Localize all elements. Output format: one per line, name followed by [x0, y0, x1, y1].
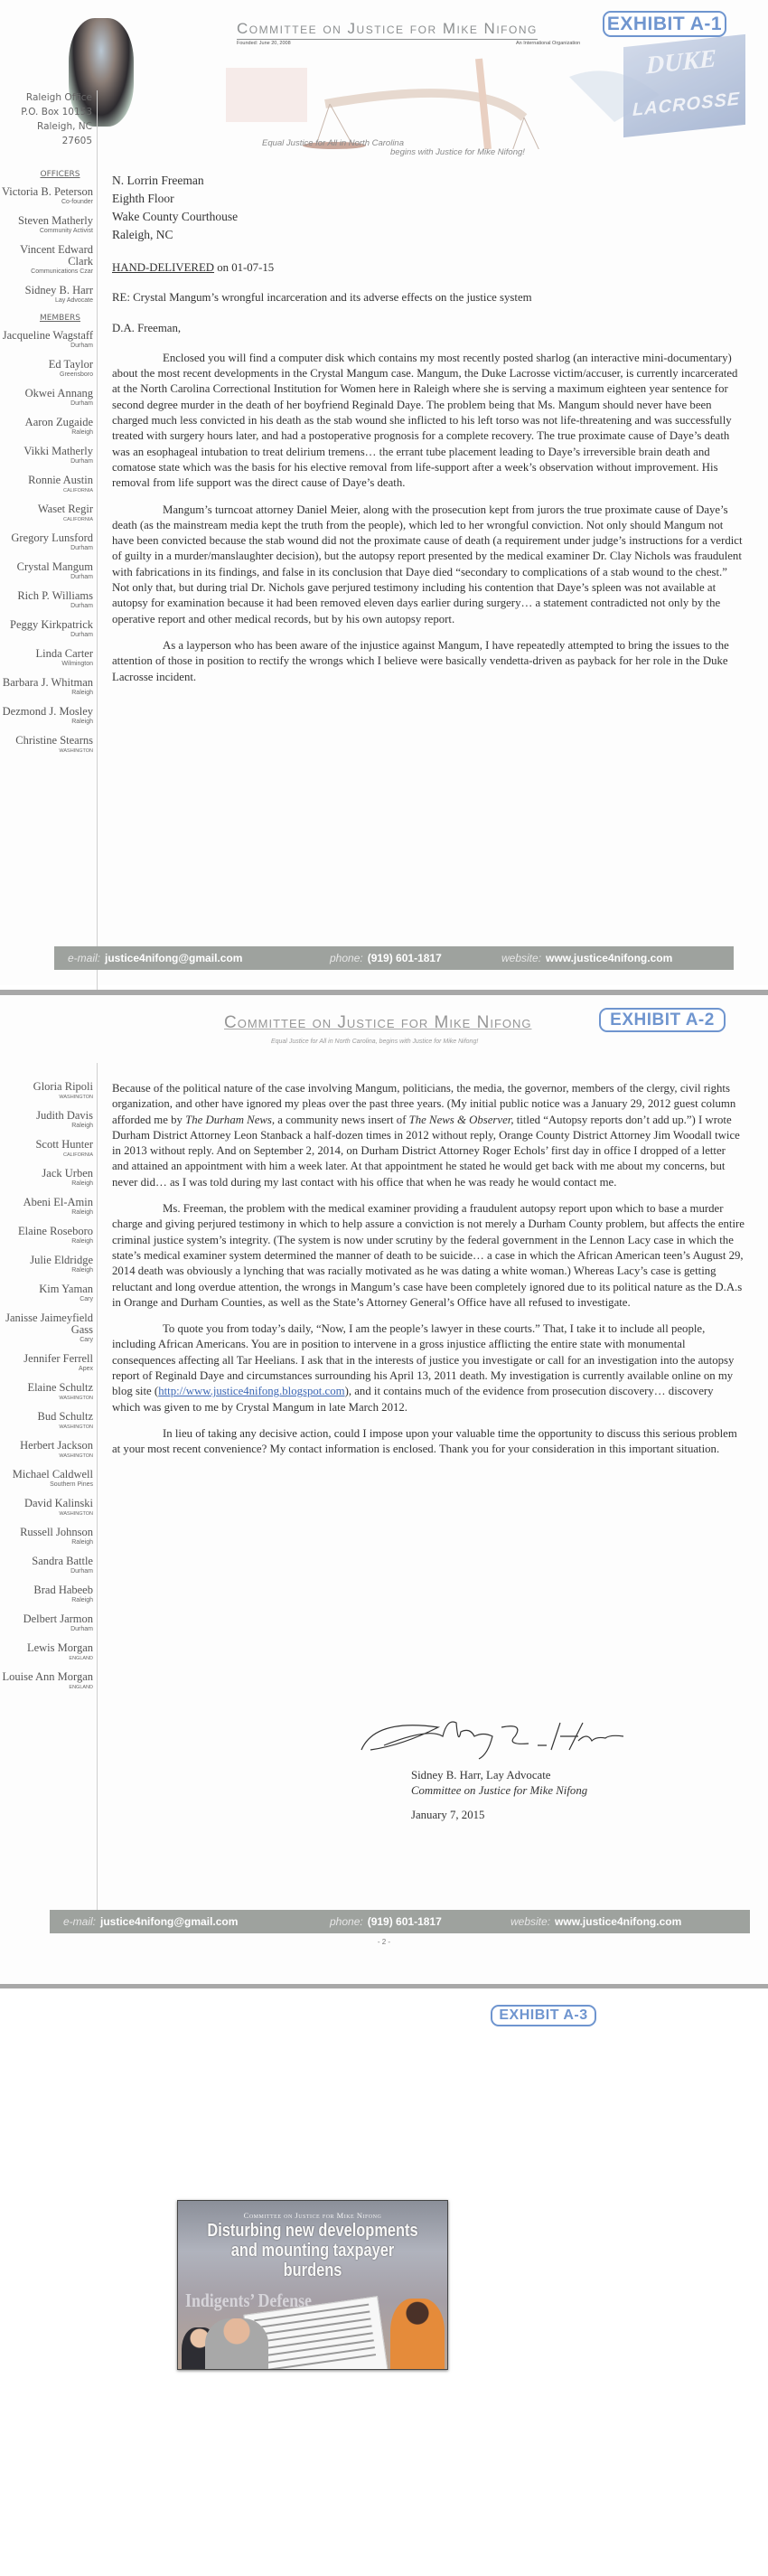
member-item: Michael CaldwellSouthern Pines	[0, 1469, 93, 1490]
member-item: Christine StearnsWASHINGTON	[0, 735, 93, 756]
blog-link[interactable]: http://www.justice4nifong.blogspot.com	[158, 1385, 344, 1397]
member-item: Elaine SchultzWASHINGTON	[0, 1382, 93, 1403]
poster-org-title: Committee on Justice for Mike Nifong	[178, 2211, 447, 2220]
org-title: Committee on Justice for Mike Nifong	[224, 1013, 532, 1033]
org-title: Committee on Justice for Mike Nifong	[237, 20, 538, 40]
exhibit-a1-badge: EXHIBIT A-1	[603, 11, 726, 37]
letter-body-page-1: N. Lorrin Freeman Eighth Floor Wake Coun…	[112, 172, 745, 696]
member-item: Linda CarterWilmington	[0, 648, 93, 669]
member-item: Dezmond J. MosleyRaleigh	[0, 706, 93, 727]
body-paragraph: Because of the political nature of the c…	[112, 1081, 745, 1190]
member-item: Brad HabeebRaleigh	[0, 1584, 93, 1605]
member-item: Janisse Jaimeyfield GassCary	[0, 1312, 93, 1345]
duke-lacrosse-sign: DUKE LACROSSE	[623, 34, 745, 137]
member-item: Vikki MatherlyDurham	[0, 446, 93, 466]
page-number: - 2 -	[0, 1938, 768, 1946]
member-item: Herbert JacksonWASHINGTON	[0, 1440, 93, 1461]
member-item: Okwei AnnangDurham	[0, 388, 93, 409]
contact-footer: e-mail:justice4nifong@gmail.com phone:(9…	[50, 1910, 750, 1933]
member-item: Rich P. WilliamsDurham	[0, 590, 93, 611]
exhibit-a3-badge: EXHIBIT A-3	[491, 2005, 596, 2026]
body-paragraph: Enclosed you will find a computer disk w…	[112, 351, 745, 492]
founded-date: Founded: June 20, 2008	[237, 41, 291, 46]
phone-number: (919) 601-1817	[368, 952, 442, 964]
website-link[interactable]: www.justice4nifong.com	[546, 952, 672, 964]
phone-number: (919) 601-1817	[368, 1915, 442, 1928]
members-sidebar: Gloria RipoliWASHINGTON Judith DavisRale…	[0, 1081, 93, 1700]
tagline-part2: begins with Justice for Mike Nifong!	[390, 147, 525, 157]
contact-footer: e-mail:justice4nifong@gmail.com phone:(9…	[54, 946, 734, 970]
member-item: Sandra BattleDurham	[0, 1556, 93, 1576]
delivery-note: HAND-DELIVERED on 01-07-15	[112, 260, 745, 276]
re-line: RE: Crystal Mangum’s wrongful incarcerat…	[112, 290, 745, 306]
website-link[interactable]: www.justice4nifong.com	[555, 1915, 681, 1928]
member-item: Aaron ZugaideRaleigh	[0, 417, 93, 437]
officer-item: Victoria B. Peterson Co-founder	[0, 186, 93, 207]
poster-headline: Disturbing new developments and mounting…	[202, 2221, 423, 2280]
sidebar-divider	[97, 1063, 98, 1917]
letter-page-1: Committee on Justice for Mike Nifong Fou…	[0, 0, 768, 985]
email-link[interactable]: justice4nifong@gmail.com	[100, 1915, 238, 1928]
member-item: Julie EldridgeRaleigh	[0, 1255, 93, 1275]
member-item: Judith DavisRaleigh	[0, 1110, 93, 1131]
recipient-address: N. Lorrin Freeman Eighth Floor Wake Coun…	[112, 172, 745, 244]
member-item: Crystal MangumDurham	[0, 561, 93, 582]
member-item: Peggy KirkpatrickDurham	[0, 619, 93, 640]
officer-item: Steven Matherly Community Activist	[0, 215, 93, 236]
member-item: Elaine RoseboroRaleigh	[0, 1226, 93, 1246]
tagline: Equal Justice for All in North Carolina,…	[271, 1039, 478, 1045]
letter-page-2: Committee on Justice for Mike Nifong EXH…	[0, 995, 768, 1989]
tagline-part1: Equal Justice for All in North Carolina	[262, 138, 404, 148]
person-photo	[390, 2299, 445, 2370]
letter-date: January 7, 2015	[411, 1808, 682, 1823]
member-item: Bud SchultzWASHINGTON	[0, 1411, 93, 1432]
member-item: Abeni El-AminRaleigh	[0, 1197, 93, 1217]
member-item: Gloria RipoliWASHINGTON	[0, 1081, 93, 1102]
exhibit-a2-badge: EXHIBIT A-2	[599, 1008, 726, 1032]
member-item: Ronnie AustinCALIFORNIA	[0, 475, 93, 495]
officers-members-sidebar: OFFICERS Victoria B. Peterson Co-founder…	[0, 170, 93, 764]
member-item: Lewis MorganENGLAND	[0, 1642, 93, 1663]
member-item: Louise Ann MorganENGLAND	[0, 1671, 93, 1692]
exhibit-page-3: EXHIBIT A-3 Committee on Justice for Mik…	[0, 1988, 768, 2576]
member-item: Ed TaylorGreensboro	[0, 359, 93, 380]
signer-org: Committee on Justice for Mike Nifong	[411, 1783, 682, 1799]
salutation: D.A. Freeman,	[112, 321, 745, 336]
handwritten-signature	[357, 1709, 628, 1763]
signature-block: Sidney B. Harr, Lay Advocate Committee o…	[411, 1768, 682, 1823]
sidebar-divider	[97, 90, 98, 1003]
body-paragraph: Ms. Freeman, the problem with the medica…	[112, 1201, 745, 1311]
member-item: Jacqueline WagstaffDurham	[0, 330, 93, 351]
members-heading: MEMBERS	[0, 314, 93, 323]
member-item: Waset RegirCALIFORNIA	[0, 503, 93, 524]
member-item: Kim YamanCary	[0, 1283, 93, 1304]
member-item: Russell JohnsonRaleigh	[0, 1527, 93, 1547]
officers-heading: OFFICERS	[0, 170, 93, 179]
documentary-cover-image: Committee on Justice for Mike Nifong Dis…	[177, 2200, 448, 2370]
international-label: An International Organization	[516, 41, 580, 46]
person-photo	[205, 2318, 268, 2370]
signer-name: Sidney B. Harr, Lay Advocate	[411, 1768, 682, 1783]
letter-body-page-2: Because of the political nature of the c…	[112, 1081, 745, 1469]
member-item: Barbara J. WhitmanRaleigh	[0, 677, 93, 698]
body-paragraph: Mangum’s turncoat attorney Daniel Meier,…	[112, 503, 745, 627]
member-item: Jack UrbenRaleigh	[0, 1168, 93, 1189]
member-item: David KalinskiWASHINGTON	[0, 1498, 93, 1518]
email-link[interactable]: justice4nifong@gmail.com	[105, 952, 242, 964]
body-paragraph: As a layperson who has been aware of the…	[112, 638, 745, 685]
member-item: Scott HunterCALIFORNIA	[0, 1139, 93, 1160]
officer-item: Vincent Edward Clark Communications Czar	[0, 244, 93, 277]
officer-item: Sidney B. Harr Lay Advocate	[0, 285, 93, 306]
office-address: Raleigh Office P.O. Box 10153 Raleigh, N…	[9, 90, 92, 148]
body-paragraph: In lieu of taking any decisive action, c…	[112, 1426, 745, 1458]
member-item: Gregory LunsfordDurham	[0, 532, 93, 553]
member-item: Delbert JarmonDurham	[0, 1613, 93, 1634]
body-paragraph: To quote you from today’s daily, “Now, I…	[112, 1321, 745, 1415]
member-item: Jennifer FerrellApex	[0, 1353, 93, 1374]
